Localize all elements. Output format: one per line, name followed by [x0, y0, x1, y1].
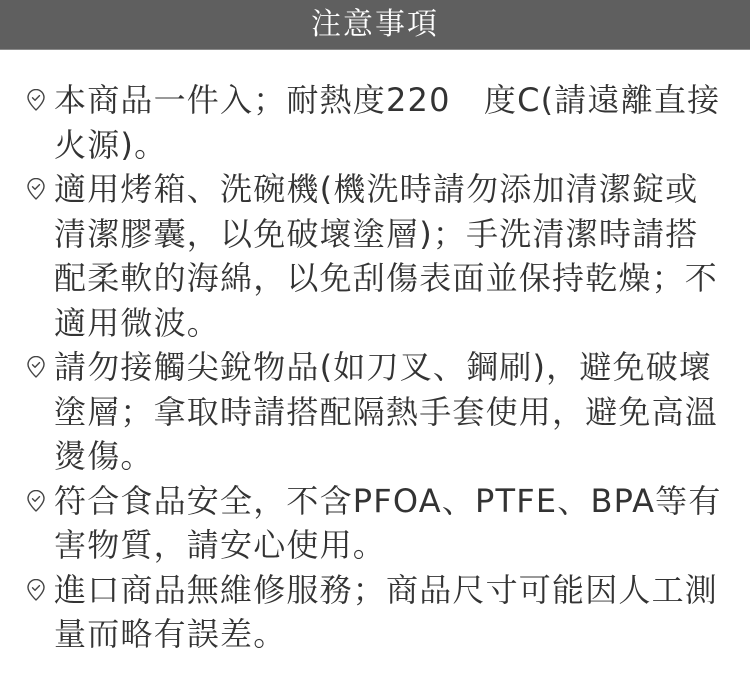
page-title: 注意事項 [311, 0, 439, 49]
list-item: 本商品一件入；耐熱度220 度C(請遠離直接火源)。 [22, 78, 726, 167]
list-item: 適用烤箱、洗碗機(機洗時請勿添加清潔錠或清潔膠囊，以免破壞塗層)；手洗清潔時請搭… [22, 167, 726, 345]
pin-check-icon [22, 479, 50, 523]
pin-check-icon [22, 568, 50, 612]
note-text: 請勿接觸尖銳物品(如刀叉、鋼刷)，避免破壞塗層；拿取時請搭配隔熱手套使用，避免高… [50, 345, 726, 479]
note-text: 符合食品安全，不含PFOA、PTFE、BPA等有害物質，請安心使用。 [50, 479, 726, 568]
pin-check-icon [22, 167, 50, 211]
note-text: 進口商品無維修服務；商品尺寸可能因人工測量而略有誤差。 [50, 568, 726, 657]
notice-list: 本商品一件入；耐熱度220 度C(請遠離直接火源)。 適用烤箱、洗碗機(機洗時請… [0, 50, 750, 657]
list-item: 請勿接觸尖銳物品(如刀叉、鋼刷)，避免破壞塗層；拿取時請搭配隔熱手套使用，避免高… [22, 345, 726, 479]
note-text: 適用烤箱、洗碗機(機洗時請勿添加清潔錠或清潔膠囊，以免破壞塗層)；手洗清潔時請搭… [50, 167, 726, 345]
pin-check-icon [22, 78, 50, 122]
pin-check-icon [22, 345, 50, 389]
list-item: 符合食品安全，不含PFOA、PTFE、BPA等有害物質，請安心使用。 [22, 479, 726, 568]
notice-header: 注意事項 [0, 0, 750, 50]
note-text: 本商品一件入；耐熱度220 度C(請遠離直接火源)。 [50, 78, 726, 167]
list-item: 進口商品無維修服務；商品尺寸可能因人工測量而略有誤差。 [22, 568, 726, 657]
